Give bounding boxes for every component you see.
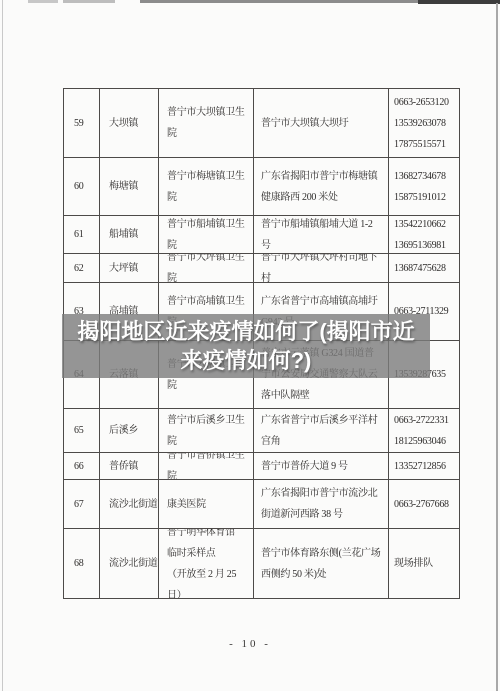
phone-cell: 13687475628 — [389, 254, 460, 283]
table-row: 65 后溪乡 普宁市后溪乡卫生院 广东省普宁市后溪乡平洋村宫角 0663-272… — [64, 409, 460, 453]
hospital-cell: 康美医院 — [159, 480, 254, 529]
hospital-name: 普宁市大坪镇卫生院 — [167, 254, 249, 283]
scan-artifact-top-2 — [63, 0, 115, 3]
hospital-cell: 普宁市后溪乡卫生院 — [159, 409, 254, 453]
town-cell: 大坪镇 — [100, 254, 159, 283]
town-cell: 梅塘镇 — [100, 158, 159, 216]
hospital-name: 普宁市普侨镇卫生院 — [167, 453, 249, 480]
phone-cell: 13682734678 15875191012 — [389, 158, 460, 216]
phone-number: 13352712856 — [394, 456, 459, 477]
hospital-cell: 普宁市大坪镇卫生院 — [159, 254, 254, 283]
address-text: 广东省揭阳市普宁市梅塘镇健康路西 200 米处 — [261, 166, 383, 208]
scan-artifact-top-1 — [28, 0, 58, 3]
scan-artifact-top-4 — [418, 0, 500, 4]
phone-number: 13687475628 — [394, 258, 459, 279]
phone-cell: 现场排队 — [389, 529, 460, 599]
address-cell: 普宁市大坪镇大坪村司地下村 — [254, 254, 389, 283]
town-cell: 流沙北街道 — [100, 480, 159, 529]
address-text: 普宁市大坝镇大坝圩 — [261, 113, 383, 134]
scan-edge-right — [496, 3, 498, 691]
phone-number: 13695136981 — [394, 235, 459, 255]
address-cell: 广东省普宁市后溪乡平洋村宫角 — [254, 409, 389, 453]
row-number-cell: 62 — [64, 254, 100, 283]
row-number-cell: 59 — [64, 89, 100, 158]
table-row: 67 流沙北街道 康美医院 广东省揭阳市普宁市流沙北街道新河西路 38 号 06… — [64, 480, 460, 529]
row-number-cell: 67 — [64, 480, 100, 529]
town-name: 大坪镇 — [109, 258, 158, 279]
headline-overlay: 揭阳地区近来疫情如何了(揭阳市近 来疫情如何?) — [62, 314, 430, 378]
table-row: 62 大坪镇 普宁市大坪镇卫生院 普宁市大坪镇大坪村司地下村 136874756… — [64, 254, 460, 283]
scan-edge-left — [2, 0, 3, 691]
table-row: 61 船埔镇 普宁市船埔镇卫生院 普宁市船埔镇船埔大道 1-2 号 135422… — [64, 216, 460, 254]
table-row: 68 流沙北街道 普宁明华体育馆 临时采样点 （开放至 2 月 25 日） 普宁… — [64, 529, 460, 599]
row-number-cell: 60 — [64, 158, 100, 216]
table-row: 59 大坝镇 普宁市大坝镇卫生院 普宁市大坝镇大坝圩 0663-2653120 … — [64, 89, 460, 158]
phone-number: 0663-2722331 — [394, 410, 459, 431]
town-cell: 船埔镇 — [100, 216, 159, 254]
row-number: 61 — [74, 224, 99, 245]
phone-number: 13682734678 — [394, 166, 459, 187]
row-number: 67 — [74, 494, 99, 515]
phone-number: 18125963046 — [394, 431, 459, 452]
queue-note: 现场排队 — [394, 553, 459, 574]
phone-number: 0663-2653120 — [394, 92, 459, 113]
hospital-cell: 普宁明华体育馆 临时采样点 （开放至 2 月 25 日） — [159, 529, 254, 599]
town-name: 梅塘镇 — [109, 176, 158, 197]
town-name: 后溪乡 — [109, 420, 158, 441]
row-number: 65 — [74, 420, 99, 441]
address-text: 普宁市体育路东侧(兰花广场西侧约 50 米)处 — [261, 543, 383, 585]
headline-line-2: 来疫情如何?) — [181, 346, 312, 375]
table-row: 60 梅塘镇 普宁市梅塘镇卫生院 广东省揭阳市普宁市梅塘镇健康路西 200 米处… — [64, 158, 460, 216]
row-number: 60 — [74, 176, 99, 197]
address-cell: 普宁市普侨大道 9 号 — [254, 453, 389, 480]
town-name: 流沙北街道 — [109, 553, 158, 574]
address-cell: 广东省揭阳市普宁市梅塘镇健康路西 200 米处 — [254, 158, 389, 216]
headline-line-1: 揭阳地区近来疫情如何了(揭阳市近 — [77, 317, 414, 346]
hospital-name-line: （开放至 2 月 25 日） — [167, 564, 249, 600]
address-text: 广东省普宁市后溪乡平洋村宫角 — [261, 410, 383, 452]
hospital-cell: 普宁市梅塘镇卫生院 — [159, 158, 254, 216]
row-number: 68 — [74, 553, 99, 574]
address-text: 普宁市大坪镇大坪村司地下村 — [261, 254, 383, 283]
town-name: 普侨镇 — [109, 456, 158, 477]
town-cell: 普侨镇 — [100, 453, 159, 480]
hospital-cell: 普宁市大坝镇卫生院 — [159, 89, 254, 158]
row-number-cell: 65 — [64, 409, 100, 453]
scan-artifact-top-3 — [140, 0, 418, 3]
address-cell: 广东省揭阳市普宁市流沙北街道新河西路 38 号 — [254, 480, 389, 529]
hospital-name: 普宁市大坝镇卫生院 — [167, 102, 249, 144]
hospital-cell: 普宁市普侨镇卫生院 — [159, 453, 254, 480]
phone-cell: 0663-2653120 13539263078 17875515571 — [389, 89, 460, 158]
phone-number: 17875515571 — [394, 134, 459, 155]
row-number-cell: 68 — [64, 529, 100, 599]
town-cell: 大坝镇 — [100, 89, 159, 158]
row-number-cell: 66 — [64, 453, 100, 480]
row-number: 62 — [74, 258, 99, 279]
phone-cell: 0663-2722331 18125963046 — [389, 409, 460, 453]
hospital-name: 康美医院 — [167, 494, 249, 515]
address-text: 普宁市普侨大道 9 号 — [261, 456, 383, 477]
phone-cell: 13352712856 — [389, 453, 460, 480]
address-text: 广东省揭阳市普宁市流沙北街道新河西路 38 号 — [261, 483, 383, 525]
phone-cell: 13542210662 13695136981 — [389, 216, 460, 254]
phone-number: 15875191012 — [394, 187, 459, 208]
town-name: 大坝镇 — [109, 113, 158, 134]
hospital-cell: 普宁市船埔镇卫生院 — [159, 216, 254, 254]
address-text: 普宁市船埔镇船埔大道 1-2 号 — [261, 216, 383, 254]
phone-number: 13539263078 — [394, 113, 459, 134]
row-number-cell: 61 — [64, 216, 100, 254]
town-name: 船埔镇 — [109, 224, 158, 245]
address-cell: 普宁市大坝镇大坝圩 — [254, 89, 389, 158]
hospital-name: 普宁市后溪乡卫生院 — [167, 410, 249, 452]
hospital-name-line: 普宁明华体育馆 — [167, 529, 249, 543]
row-number: 59 — [74, 113, 99, 134]
town-name: 流沙北街道 — [109, 494, 158, 515]
row-number: 66 — [74, 456, 99, 477]
address-cell: 普宁市体育路东侧(兰花广场西侧约 50 米)处 — [254, 529, 389, 599]
hospital-name: 普宁市船埔镇卫生院 — [167, 216, 249, 254]
address-cell: 普宁市船埔镇船埔大道 1-2 号 — [254, 216, 389, 254]
table-row: 66 普侨镇 普宁市普侨镇卫生院 普宁市普侨大道 9 号 13352712856 — [64, 453, 460, 480]
phone-number: 13542210662 — [394, 216, 459, 235]
phone-cell: 0663-2767668 — [389, 480, 460, 529]
page-number: - 10 - — [0, 638, 500, 650]
hospital-name-line: 临时采样点 — [167, 543, 249, 564]
town-cell: 流沙北街道 — [100, 529, 159, 599]
town-cell: 后溪乡 — [100, 409, 159, 453]
phone-number: 0663-2767668 — [394, 494, 459, 515]
hospital-name: 普宁市梅塘镇卫生院 — [167, 166, 249, 208]
